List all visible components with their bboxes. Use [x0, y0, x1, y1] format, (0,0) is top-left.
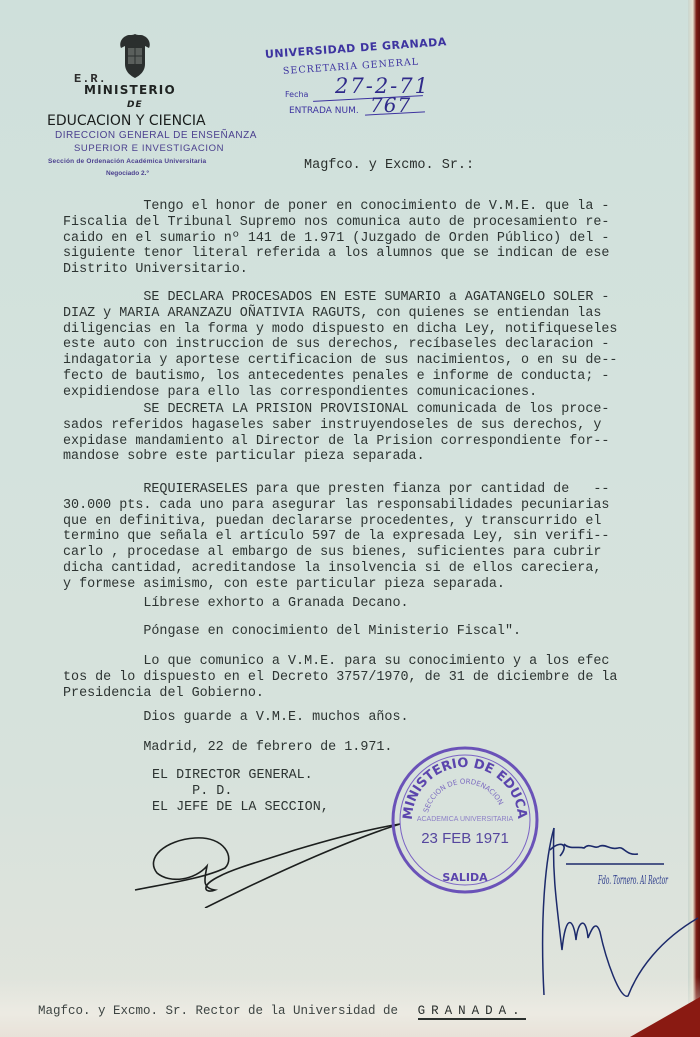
paragraph-bail: REQUIERASELES para que presten fianza po… — [63, 482, 693, 593]
direction-stamp-line1: DIRECCION GENERAL DE ENSEÑANZA — [55, 130, 257, 142]
university-entry-stamp: UNIVERSIDAD DE GRANADA SECRETARIA GENERA… — [265, 40, 455, 120]
signature-right-icon: Fdo. Tornero. Al Rector — [530, 820, 700, 1000]
svg-text:SECCION DE ORDENACION: SECCION DE ORDENACION — [422, 778, 505, 814]
stamp-entrada-label: ENTRADA NUM. — [289, 106, 359, 116]
place-date: Madrid, 22 de febrero de 1.971. — [63, 740, 693, 756]
seal-line1: ACADEMICA UNIVERSITARIA — [417, 816, 514, 823]
signature-left-icon — [125, 818, 405, 908]
paragraph-notice: Tengo el honor de poner en conocimiento … — [63, 199, 693, 278]
addressee-line: Magfco. y Excmo. Sr. Rector de la Univer… — [38, 1004, 526, 1018]
direction-stamp-line2: SUPERIOR E INVESTIGACION — [74, 143, 224, 154]
ministry-de: DE — [127, 100, 143, 110]
paragraph-closing: Dios guarde a V.M.E. muchos años. — [63, 710, 693, 726]
addressee-city: GRANADA. — [418, 1004, 526, 1020]
direction-stamp-line4: Negociado 2.º — [106, 170, 149, 177]
ministry-title: MINISTERIO — [84, 83, 176, 97]
paragraph-prison: SE DECRETA LA PRISION PROVISIONAL comuni… — [63, 402, 693, 465]
paragraph-declaration: SE DECLARA PROCESADOS EN ESTE SUMARIO a … — [63, 290, 693, 401]
seal-bottom: SALIDA — [442, 871, 488, 884]
seal-inner-text: SECCION DE ORDENACION — [422, 778, 505, 814]
coat-of-arms-icon — [117, 32, 153, 80]
ministry-name: EDUCACION Y CIENCIA — [47, 113, 206, 129]
direction-stamp-line3: Sección de Ordenación Académica Universi… — [48, 158, 206, 165]
background-corner — [630, 997, 700, 1037]
signature-block: EL DIRECTOR GENERAL. P. D. EL JEFE DE LA… — [152, 768, 329, 816]
salutation: Magfco. y Excmo. Sr.: — [304, 158, 474, 173]
paragraph-fiscal: Póngase en conocimiento del Ministerio F… — [63, 624, 693, 640]
stamp-entrada-value: 767 — [370, 93, 411, 117]
paragraph-exhorto: Líbrese exhorto a Granada Decano. — [63, 596, 693, 612]
handwritten-note: Fdo. Tornero. Al Rector — [598, 873, 669, 887]
paragraph-decree: Lo que comunico a V.M.E. para su conocim… — [63, 654, 693, 701]
stamp-university: UNIVERSIDAD DE GRANADA — [265, 35, 448, 61]
seal-date: 23 FEB 1971 — [421, 830, 509, 847]
stamp-fecha-label: Fecha — [285, 90, 308, 99]
ministry-seal-icon: MINISTERIO DE EDUCACION Y CIENCIA SECCIO… — [390, 745, 540, 895]
addressee-prefix: Magfco. y Excmo. Sr. Rector de la Univer… — [38, 1004, 398, 1018]
